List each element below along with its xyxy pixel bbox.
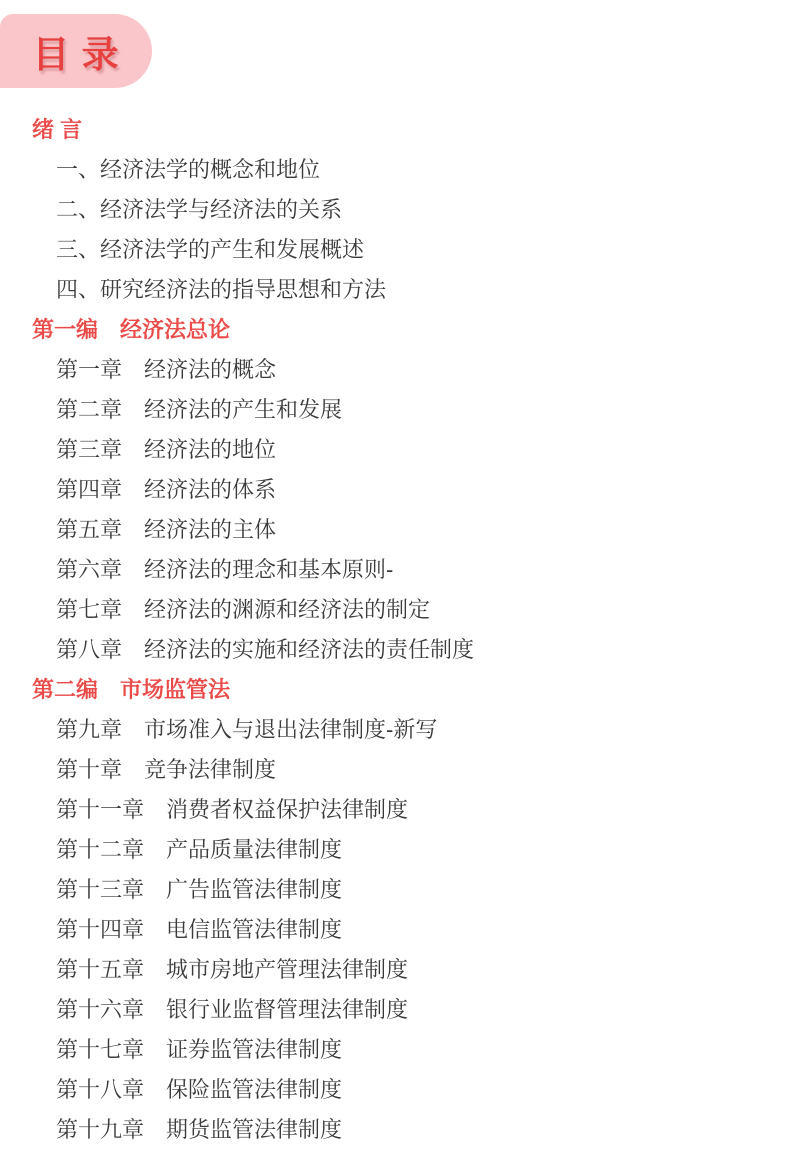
toc-entry[interactable]: 第十章 竞争法律制度 (56, 750, 790, 790)
toc-entry[interactable]: 第五章 经济法的主体 (56, 510, 790, 550)
toc-list: 绪 言一、经济法学的概念和地位二、经济法学与经济法的关系三、经济法学的产生和发展… (0, 110, 790, 1150)
toc-entry[interactable]: 三、经济法学的产生和发展概述 (56, 230, 790, 270)
toc-entry-label: 二、经济法学与经济法的关系 (56, 197, 342, 222)
toc-entry-label: 第十一章 消费者权益保护法律制度 (56, 797, 408, 822)
toc-entry[interactable]: 第十四章 电信监管法律制度 (56, 910, 790, 950)
toc-entry[interactable]: 第九章 市场准入与退出法律制度-新写 (56, 710, 790, 750)
toc-entry-label: 四、研究经济法的指导思想和方法 (56, 277, 386, 302)
toc-entry-label: 三、经济法学的产生和发展概述 (56, 237, 364, 262)
toc-entry-label: 第五章 经济法的主体 (56, 517, 276, 542)
toc-entry[interactable]: 第十七章 证券监管法律制度 (56, 1030, 790, 1070)
toc-entry-label: 第三章 经济法的地位 (56, 437, 276, 462)
toc-entry-label: 第六章 经济法的理念和基本原则- (56, 557, 393, 582)
toc-entry-label: 第十二章 产品质量法律制度 (56, 837, 342, 862)
toc-entry[interactable]: 第三章 经济法的地位 (56, 430, 790, 470)
toc-entry[interactable]: 第十八章 保险监管法律制度 (56, 1070, 790, 1110)
toc-entry-label: 第十四章 电信监管法律制度 (56, 917, 342, 942)
toc-entry-label: 第二章 经济法的产生和发展 (56, 397, 342, 422)
toc-entry-label: 第一编 经济法总论 (32, 317, 230, 342)
toc-entry[interactable]: 第六章 经济法的理念和基本原则- (56, 550, 790, 590)
toc-entry[interactable]: 第十九章 期货监管法律制度 (56, 1110, 790, 1150)
toc-entry-label: 第十七章 证券监管法律制度 (56, 1037, 342, 1062)
toc-entry[interactable]: 二、经济法学与经济法的关系 (56, 190, 790, 230)
toc-entry[interactable]: 第十五章 城市房地产管理法律制度 (56, 950, 790, 990)
toc-entry[interactable]: 第一章 经济法的概念 (56, 350, 790, 390)
toc-section-heading[interactable]: 绪 言 (32, 110, 790, 150)
toc-entry-label: 第十三章 广告监管法律制度 (56, 877, 342, 902)
toc-page: 目 录 绪 言一、经济法学的概念和地位二、经济法学与经济法的关系三、经济法学的产… (0, 0, 790, 1151)
toc-entry[interactable]: 第二章 经济法的产生和发展 (56, 390, 790, 430)
toc-entry-label: 第四章 经济法的体系 (56, 477, 276, 502)
toc-entry[interactable]: 第十二章 产品质量法律制度 (56, 830, 790, 870)
toc-entry-label: 第十五章 城市房地产管理法律制度 (56, 957, 408, 982)
page-title: 目 录 (32, 24, 119, 78)
toc-entry[interactable]: 第十一章 消费者权益保护法律制度 (56, 790, 790, 830)
toc-section-heading[interactable]: 第一编 经济法总论 (32, 310, 790, 350)
toc-entry-label: 第十九章 期货监管法律制度 (56, 1117, 342, 1142)
toc-entry-label: 第一章 经济法的概念 (56, 357, 276, 382)
toc-entry-label: 第十八章 保险监管法律制度 (56, 1077, 342, 1102)
toc-entry[interactable]: 四、研究经济法的指导思想和方法 (56, 270, 790, 310)
toc-entry[interactable]: 第四章 经济法的体系 (56, 470, 790, 510)
toc-entry[interactable]: 第七章 经济法的渊源和经济法的制定 (56, 590, 790, 630)
toc-title-badge: 目 录 (0, 14, 152, 88)
toc-entry-label: 第七章 经济法的渊源和经济法的制定 (56, 597, 430, 622)
toc-entry[interactable]: 第十六章 银行业监督管理法律制度 (56, 990, 790, 1030)
toc-entry-label: 绪 言 (32, 117, 82, 142)
toc-entry-label: 第九章 市场准入与退出法律制度-新写 (56, 717, 437, 742)
toc-entry-label: 第二编 市场监管法 (32, 677, 230, 702)
toc-entry-label: 第十六章 银行业监督管理法律制度 (56, 997, 408, 1022)
toc-entry-label: 第十章 竞争法律制度 (56, 757, 276, 782)
toc-entry[interactable]: 第十三章 广告监管法律制度 (56, 870, 790, 910)
toc-entry-label: 一、经济法学的概念和地位 (56, 157, 320, 182)
toc-section-heading[interactable]: 第二编 市场监管法 (32, 670, 790, 710)
toc-entry[interactable]: 第八章 经济法的实施和经济法的责任制度 (56, 630, 790, 670)
toc-entry[interactable]: 一、经济法学的概念和地位 (56, 150, 790, 190)
toc-entry-label: 第八章 经济法的实施和经济法的责任制度 (56, 637, 474, 662)
